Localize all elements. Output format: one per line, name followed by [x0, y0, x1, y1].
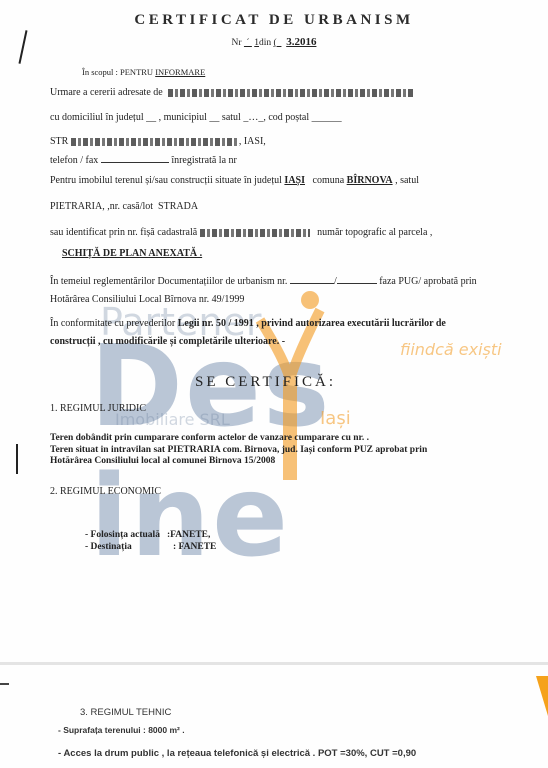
redacted-cadastral — [200, 229, 310, 237]
address-line: cu domiciliul în județul __ , municipiul… — [50, 112, 342, 123]
certificate-number: Nr ´ 1din ( 3.2016 — [0, 36, 548, 48]
section-juridic-heading: 1. REGIMUL JURIDIC — [50, 403, 146, 414]
surface-line: - Suprafața terenului : 8000 m² . — [58, 725, 185, 735]
village-line: PIETRARIA, ,nr. casă/lot STRADA — [50, 201, 198, 212]
watermark-tagline: fiindcă exiști — [400, 340, 502, 359]
pug-line-2: Hotărârea Consiliului Local Bîrnova nr. … — [50, 294, 244, 305]
street-line: STR , IASI, — [50, 136, 266, 147]
request-line: Urmare a cererii adresate de — [50, 87, 413, 98]
annex-note: SCHIȚĂ DE PLAN ANEXATĂ . — [50, 248, 202, 259]
page-mark — [0, 683, 9, 685]
phone-line: telefon / fax înregistrată la nr — [50, 155, 237, 166]
watermark-corner-icon — [536, 676, 548, 716]
redacted-street — [71, 138, 239, 146]
certificate-page-1: Partener Des ine fiindcă exiști Imobilia… — [0, 0, 548, 662]
cadastral-line: sau identificat prin nr. fișă cadastrală… — [50, 227, 432, 238]
handwritten-bracket — [16, 444, 18, 474]
law-line-2: construcții , cu modificările și complet… — [50, 336, 285, 347]
certify-heading: SE CERTIFICĂ: — [195, 374, 336, 391]
watermark-sub-right: Iași — [320, 408, 351, 429]
redacted-applicant — [168, 89, 413, 97]
law-line-1: În conformitate cu prevederilor Legii nr… — [50, 318, 446, 329]
document-title: CERTIFICAT DE URBANISM — [0, 12, 548, 29]
section-tehnic-heading: 3. REGIMUL TEHNIC — [80, 707, 171, 718]
pug-line-1: În temeiul reglementărilor Documentațiil… — [50, 276, 477, 287]
access-line: - Acces la drum public , la rețeaua tele… — [58, 748, 416, 759]
property-line: Pentru imobilul terenul și/sau construcț… — [50, 175, 419, 186]
section-juridic-body: Teren dobândit prin cumparare conform ac… — [50, 433, 427, 468]
certificate-page-2: 3. REGIMUL TEHNIC - Suprafața terenului … — [0, 665, 548, 768]
section-economic-heading: 2. REGIMUL ECONOMIC — [50, 486, 161, 497]
scope-line: În scopul : PENTRU INFORMARE — [82, 67, 205, 77]
section-economic-body: - Folosința actuală:FANETE, - Destinația… — [85, 530, 216, 553]
